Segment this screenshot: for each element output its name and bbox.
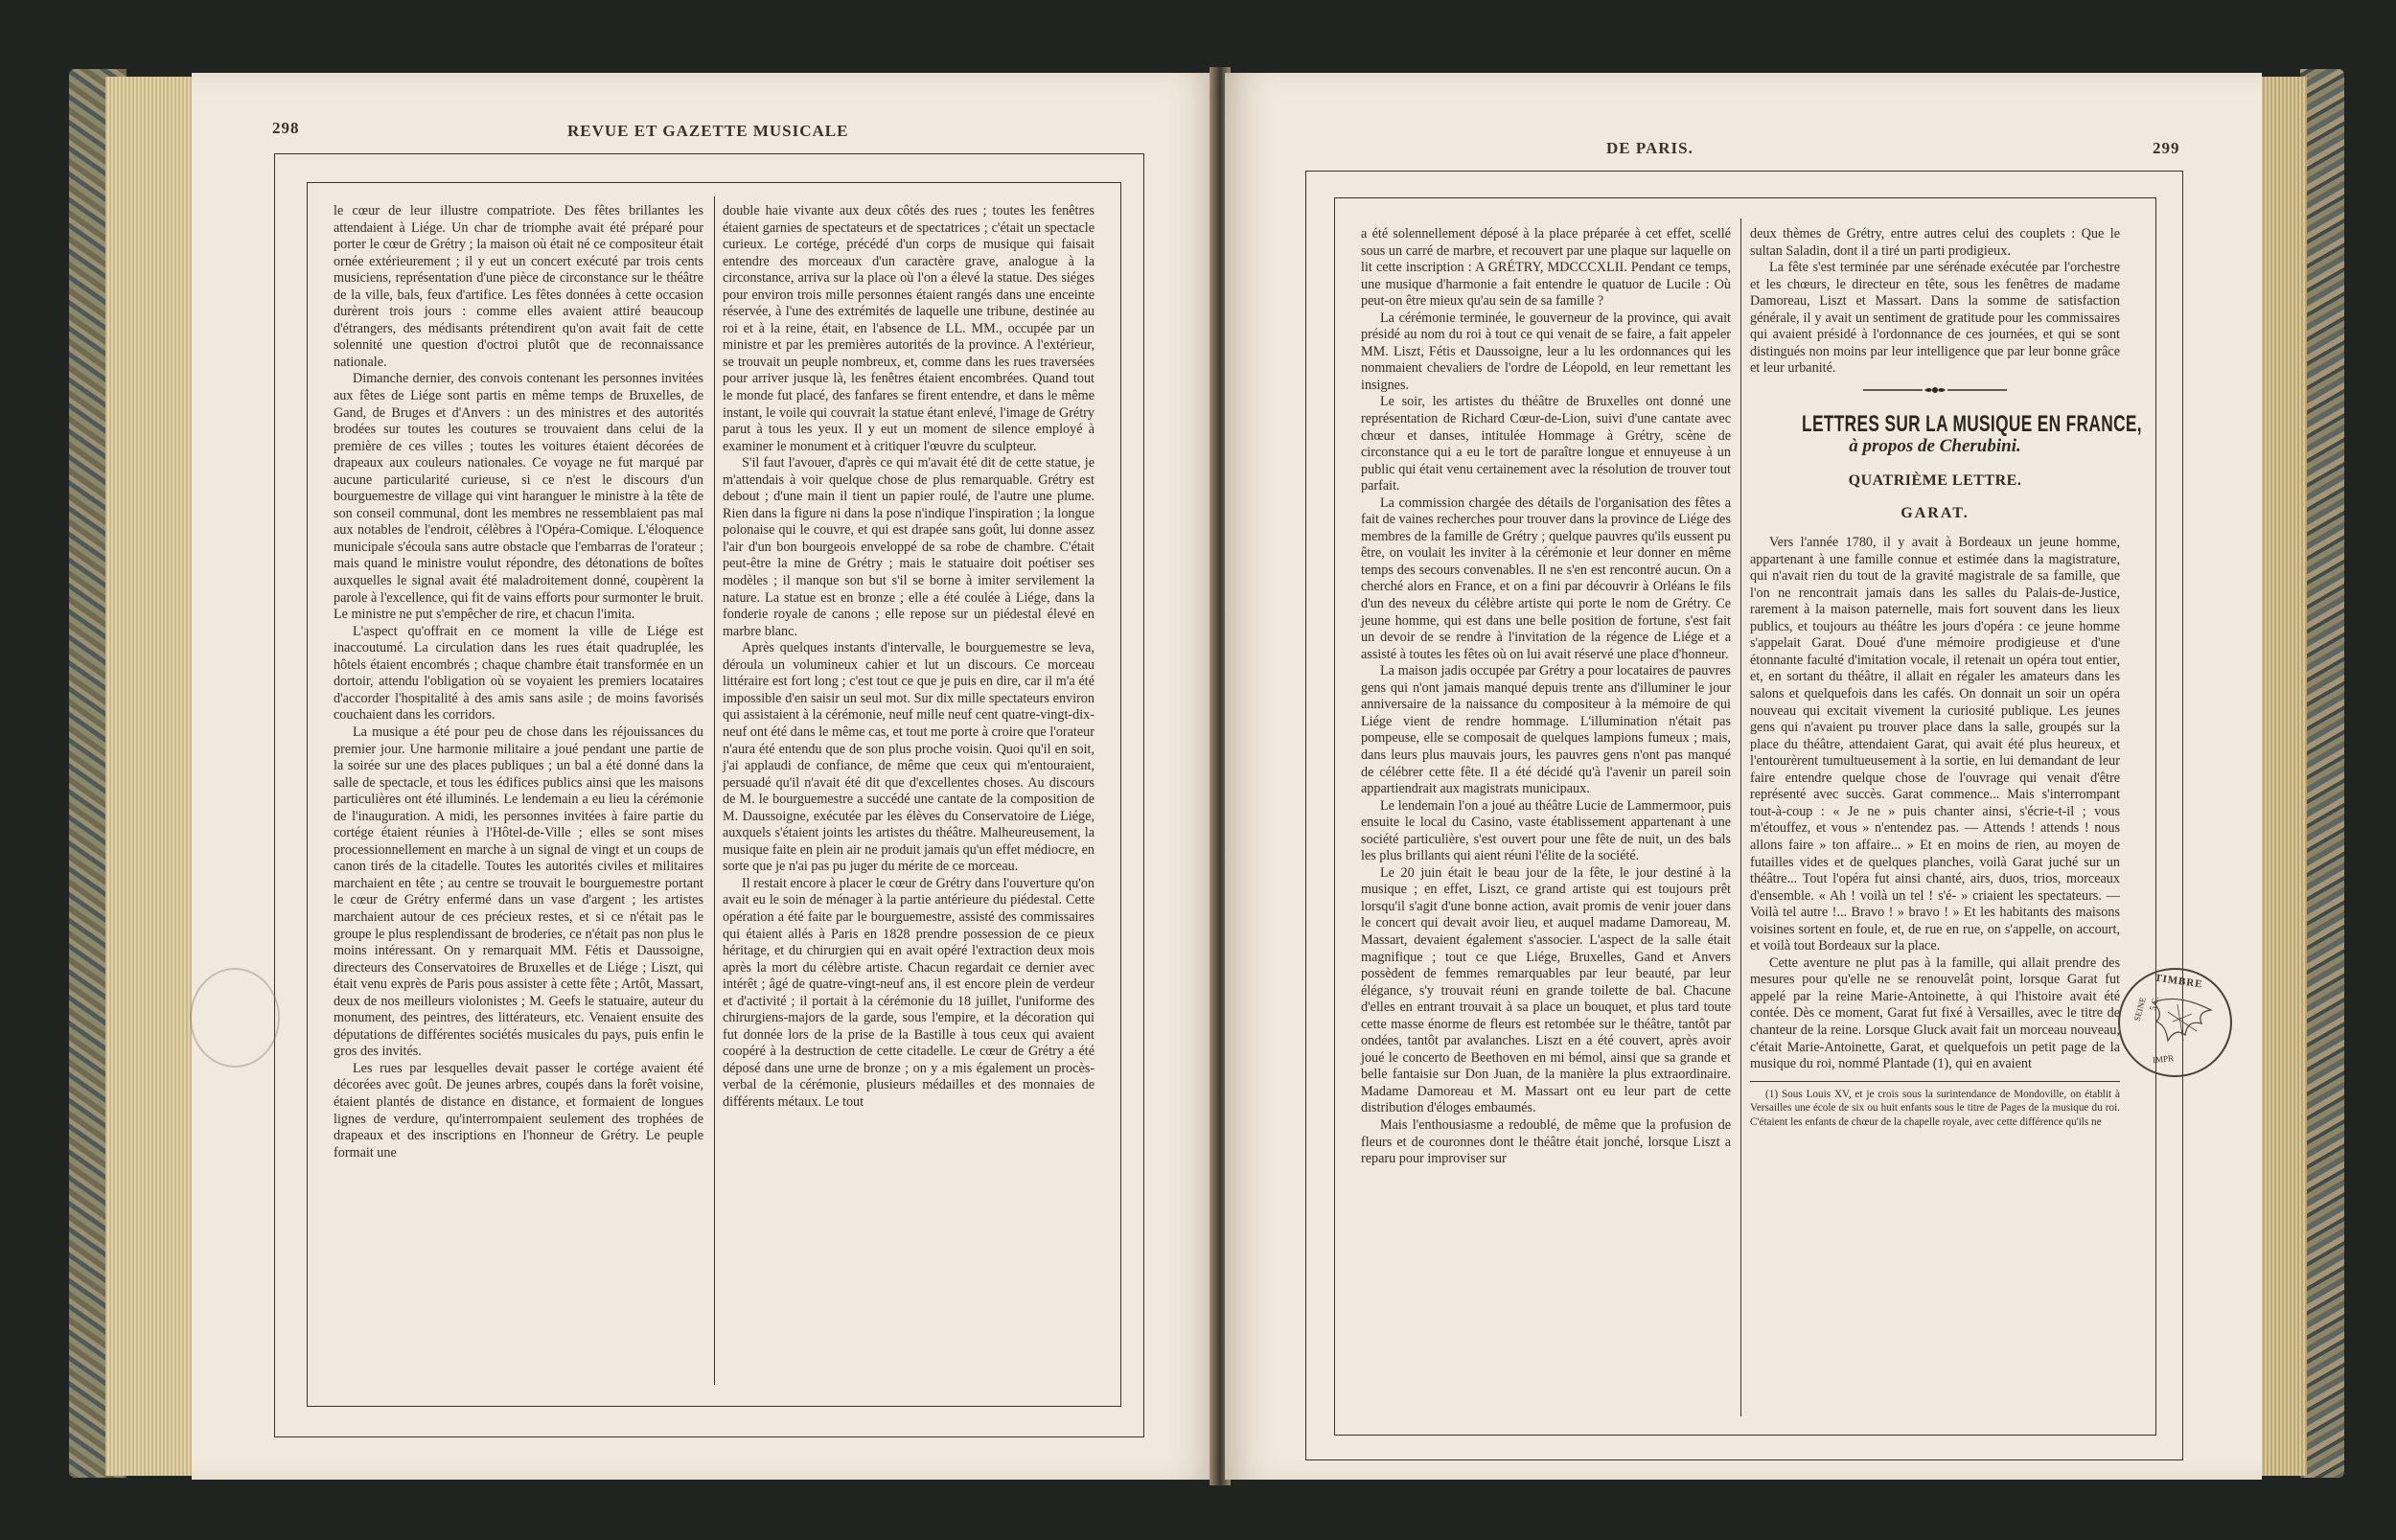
article-header: LETTRES SUR LA MUSIQUE EN FRANCE, à prop… (1750, 385, 2120, 521)
footnote-text: (1) Sous Louis XV, et je crois sous la s… (1750, 1088, 2120, 1130)
paragraph: Après quelques instants d'intervalle, le… (723, 640, 1094, 876)
paragraph: La maison jadis occupée par Grétry a pou… (1361, 663, 1731, 797)
right-page-column-2: deux thèmes de Grétry, entre autres celu… (1750, 226, 2120, 1129)
article-subtitle: à propos de Cherubini. (1750, 438, 2120, 455)
page-edges-right (2257, 77, 2307, 1476)
left-page-column-1: le cœur de leur illustre compatriote. De… (334, 203, 703, 1161)
column-divider (1740, 218, 1741, 1416)
paragraph: La cérémonie terminée, le gouverneur de … (1361, 310, 1731, 395)
footnote-divider (1750, 1081, 2120, 1082)
paragraph: Il restait encore à placer le cœur de Gr… (723, 876, 1094, 1112)
right-page-number: 299 (2153, 139, 2180, 158)
stamp-eagle-icon (2149, 993, 2216, 1054)
paragraph: Le soir, les artistes du théâtre de Brux… (1361, 394, 1731, 494)
left-running-head: REVUE ET GAZETTE MUSICALE (567, 122, 848, 141)
paragraph: double haie vivante aux deux côtés des r… (723, 203, 1094, 455)
left-page-column-2: double haie vivante aux deux côtés des r… (723, 203, 1094, 1112)
paragraph: Mais l'enthousiasme a redoublé, de même … (1361, 1117, 1731, 1168)
paragraph: La fête s'est terminée par une sérénade … (1750, 260, 2120, 378)
paragraph: deux thèmes de Grétry, entre autres celu… (1750, 226, 2120, 260)
footnote: (1) Sous Louis XV, et je crois sous la s… (1750, 1088, 2120, 1130)
timbre-stamp: TIMBRE SEINE 5 C. IMPR (2118, 968, 2232, 1077)
stamp-bottom-text: IMPR (2153, 1053, 2175, 1065)
paragraph: Vers l'année 1780, il y avait à Bordeaux… (1750, 535, 2120, 955)
column-divider (714, 196, 715, 1385)
letter-number: QUATRIÈME LETTRE. (1750, 472, 2120, 490)
paragraph: La musique a été pour peu de chose dans … (334, 724, 703, 1061)
faint-library-stamp (190, 968, 280, 1068)
paragraph: L'aspect qu'offrait en ce moment la vill… (334, 624, 703, 724)
paragraph: Le lendemain l'on a joué au théâtre Luci… (1361, 798, 1731, 865)
right-page-column-1: a été solennellement déposé à la place p… (1361, 226, 1731, 1168)
paragraph: Cette aventure ne plut pas à la famille,… (1750, 955, 2120, 1073)
stamp-side-text: SEINE (2132, 996, 2148, 1022)
page-edges-left (105, 77, 192, 1476)
section-heading: GARAT. (1750, 505, 2120, 522)
right-running-head: DE PARIS. (1606, 139, 1693, 158)
left-page-number: 298 (272, 119, 300, 138)
paragraph: Les rues par lesquelles devait passer le… (334, 1061, 703, 1161)
paragraph: Le 20 juin était le beau jour de la fête… (1361, 865, 1731, 1117)
paragraph: Dimanche dernier, des convois contenant … (334, 371, 703, 623)
article-title: LETTRES SUR LA MUSIQUE EN FRANCE, (1802, 416, 2068, 433)
paragraph: La commission chargée des détails de l'o… (1361, 495, 1731, 663)
paragraph: a été solennellement déposé à la place p… (1361, 226, 1731, 310)
paragraph: le cœur de leur illustre compatriote. De… (334, 203, 703, 371)
paragraph: S'il faut l'avouer, d'après ce qui m'ava… (723, 455, 1094, 640)
ornament-rule-icon (1863, 385, 2007, 395)
stamp-top-text: TIMBRE (2154, 973, 2203, 991)
